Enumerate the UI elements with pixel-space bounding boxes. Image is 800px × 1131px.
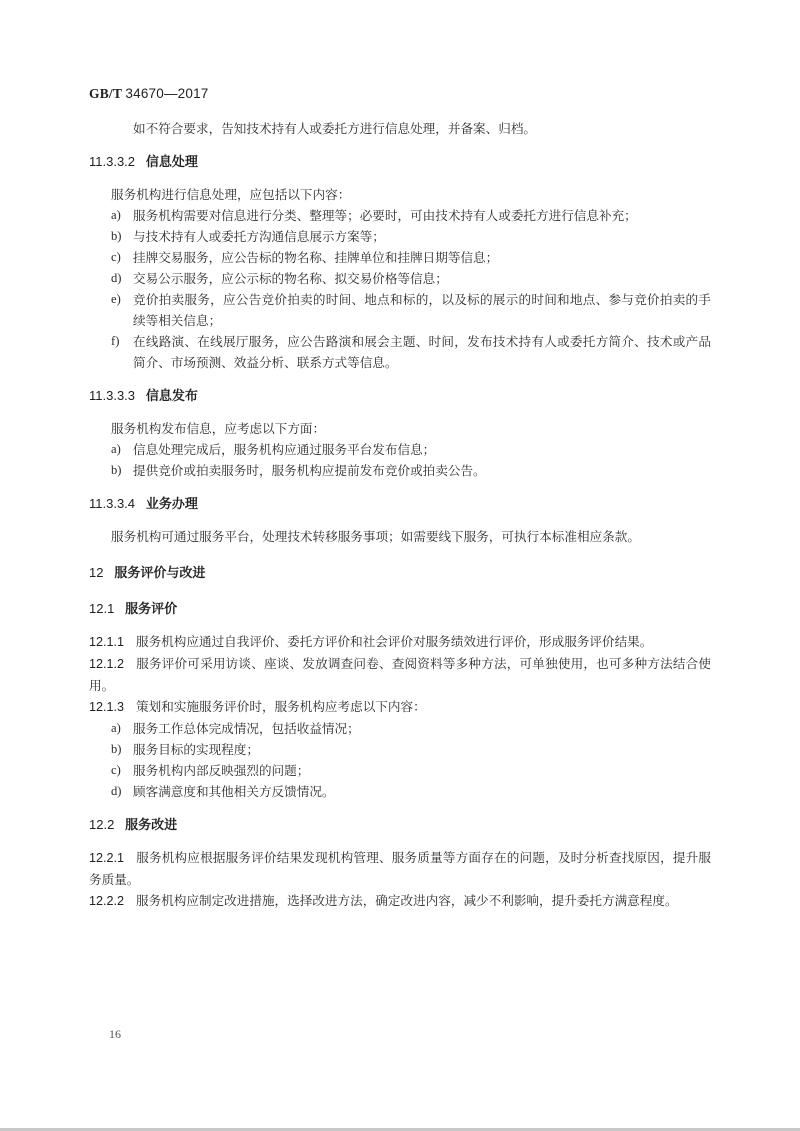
list-text: 服务机构内部反映强烈的问题； — [133, 763, 309, 778]
list-text: 挂牌交易服务，应公告标的物名称、挂牌单位和挂牌日期等信息； — [133, 250, 498, 265]
list-item: d)顾客满意度和其他相关方反馈情况。 — [89, 781, 711, 802]
clause-number: 12.1.1 — [89, 635, 124, 649]
clause-text: 服务评价可采用访谈、座谈、发放调查问卷、查阅资料等多种方法，可单独使用，也可多种… — [89, 656, 711, 693]
list-marker: e) — [111, 289, 121, 310]
clause-number: 12.1.3 — [89, 700, 124, 714]
list-text: 服务工作总体完成情况，包括收益情况； — [133, 721, 360, 736]
intro-paragraph: 如不符合要求，告知技术持有人或委托方进行信息处理，并备案、归档。 — [89, 118, 711, 139]
list-text: 服务目标的实现程度； — [133, 742, 259, 757]
list-marker: a) — [111, 205, 121, 226]
clause-12-1-1: 12.1.1服务机构应通过自我评价、委托方评价和社会评价对服务绩效进行评价，形成… — [89, 631, 711, 653]
section-number: 12.1 — [89, 598, 114, 619]
list-marker: f) — [111, 331, 119, 352]
list-item: b)提供竞价或拍卖服务时，服务机构应提前发布竞价或拍卖公告。 — [89, 460, 711, 481]
section-number: 12.2 — [89, 814, 114, 835]
list-marker: a) — [111, 439, 121, 460]
clause-text: 服务机构应根据服务评价结果发现机构管理、服务质量等方面存在的问题，及时分析查找原… — [89, 850, 711, 887]
section-title: 服务改进 — [125, 817, 177, 832]
page-number: 16 — [109, 1027, 121, 1042]
heading-11-3-3-4: 11.3.3.4 业务办理 — [89, 493, 711, 514]
heading-12-1: 12.1 服务评价 — [89, 598, 711, 619]
list-text: 与技术持有人或委托方沟通信息展示方案等； — [133, 229, 385, 244]
list-marker: d) — [111, 781, 122, 802]
list-item: c)挂牌交易服务，应公告标的物名称、挂牌单位和挂牌日期等信息； — [89, 247, 711, 268]
running-header: GB/T 34670—2017 — [89, 86, 208, 102]
list-text: 顾客满意度和其他相关方反馈情况。 — [133, 784, 335, 799]
list-text: 信息处理完成后，服务机构应通过服务平台发布信息； — [133, 442, 435, 457]
list-text: 交易公示服务，应公示标的物名称、拟交易价格等信息； — [133, 271, 448, 286]
section-title: 业务办理 — [146, 496, 198, 511]
heading-11-3-3-3: 11.3.3.3 信息发布 — [89, 385, 711, 406]
list-12-1-3: a)服务工作总体完成情况，包括收益情况； b)服务目标的实现程度； c)服务机构… — [89, 718, 711, 802]
list-item: f)在线路演、在线展厅服务，应公告路演和展会主题、时间，发布技术持有人或委托方简… — [89, 331, 711, 373]
clause-number: 12.1.2 — [89, 657, 124, 671]
section-title: 服务评价 — [125, 601, 177, 616]
list-marker: a) — [111, 718, 121, 739]
list-item: a)服务工作总体完成情况，包括收益情况； — [89, 718, 711, 739]
section-title: 信息发布 — [146, 388, 198, 403]
list-item: d)交易公示服务，应公示标的物名称、拟交易价格等信息； — [89, 268, 711, 289]
list-item: a)信息处理完成后，服务机构应通过服务平台发布信息； — [89, 439, 711, 460]
list-11-3-3-3: a)信息处理完成后，服务机构应通过服务平台发布信息； b)提供竞价或拍卖服务时，… — [89, 439, 711, 481]
list-item: c)服务机构内部反映强烈的问题； — [89, 760, 711, 781]
list-item: b)与技术持有人或委托方沟通信息展示方案等； — [89, 226, 711, 247]
list-11-3-3-2: a)服务机构需要对信息进行分类、整理等；必要时，可由技术持有人或委托方进行信息补… — [89, 205, 711, 373]
standard-prefix: GB/T — [89, 86, 122, 101]
list-marker: b) — [111, 460, 122, 481]
clause-number: 12.2.1 — [89, 851, 124, 865]
list-marker: b) — [111, 739, 122, 760]
clause-number: 12.2.2 — [89, 894, 124, 908]
section-number: 11.3.3.4 — [89, 493, 135, 514]
list-text: 服务机构需要对信息进行分类、整理等；必要时，可由技术持有人或委托方进行信息补充； — [133, 208, 637, 223]
clause-12-1-2: 12.1.2服务评价可采用访谈、座谈、发放调查问卷、查阅资料等多种方法，可单独使… — [89, 653, 711, 696]
list-item: b)服务目标的实现程度； — [89, 739, 711, 760]
heading-12-2: 12.2 服务改进 — [89, 814, 711, 835]
section-title: 信息处理 — [146, 154, 198, 169]
list-marker: c) — [111, 247, 121, 268]
section-title: 服务评价与改进 — [114, 565, 205, 580]
standard-number: 34670—2017 — [125, 86, 208, 101]
list-marker: b) — [111, 226, 122, 247]
section-number: 11.3.3.3 — [89, 385, 135, 406]
section-number: 12 — [89, 562, 103, 583]
list-item: e)竞价拍卖服务，应公告竞价拍卖的时间、地点和标的，以及标的展示的时间和地点、参… — [89, 289, 711, 331]
clause-12-2-1: 12.2.1服务机构应根据服务评价结果发现机构管理、服务质量等方面存在的问题，及… — [89, 847, 711, 890]
clause-text: 策划和实施服务评价时，服务机构应考虑以下内容： — [136, 699, 426, 714]
clause-12-2-2: 12.2.2服务机构应制定改进措施，选择改进方法，确定改进内容，减少不利影响，提… — [89, 890, 711, 912]
list-marker: c) — [111, 760, 121, 781]
page-content: 如不符合要求，告知技术持有人或委托方进行信息处理，并备案、归档。 11.3.3.… — [89, 118, 711, 912]
heading-12: 12 服务评价与改进 — [89, 562, 711, 583]
clause-text: 服务机构应通过自我评价、委托方评价和社会评价对服务绩效进行评价，形成服务评价结果… — [136, 634, 652, 649]
list-text: 在线路演、在线展厅服务，应公告路演和展会主题、时间，发布技术持有人或委托方简介、… — [133, 334, 711, 370]
clause-12-1-3: 12.1.3策划和实施服务评价时，服务机构应考虑以下内容： — [89, 696, 711, 718]
lead-paragraph: 服务机构发布信息，应考虑以下方面： — [89, 418, 711, 439]
heading-11-3-3-2: 11.3.3.2 信息处理 — [89, 151, 711, 172]
lead-paragraph: 服务机构可通过服务平台，处理技术转移服务事项；如需要线下服务，可执行本标准相应条… — [89, 526, 711, 547]
document-page: GB/T 34670—2017 如不符合要求，告知技术持有人或委托方进行信息处理… — [0, 0, 800, 1128]
list-text: 竞价拍卖服务，应公告竞价拍卖的时间、地点和标的，以及标的展示的时间和地点、参与竞… — [133, 292, 711, 328]
list-item: a)服务机构需要对信息进行分类、整理等；必要时，可由技术持有人或委托方进行信息补… — [89, 205, 711, 226]
clause-text: 服务机构应制定改进措施，选择改进方法，确定改进内容，减少不利影响，提升委托方满意… — [136, 893, 678, 908]
section-number: 11.3.3.2 — [89, 151, 135, 172]
list-marker: d) — [111, 268, 122, 289]
lead-paragraph: 服务机构进行信息处理，应包括以下内容： — [89, 184, 711, 205]
list-text: 提供竞价或拍卖服务时，服务机构应提前发布竞价或拍卖公告。 — [133, 463, 486, 478]
